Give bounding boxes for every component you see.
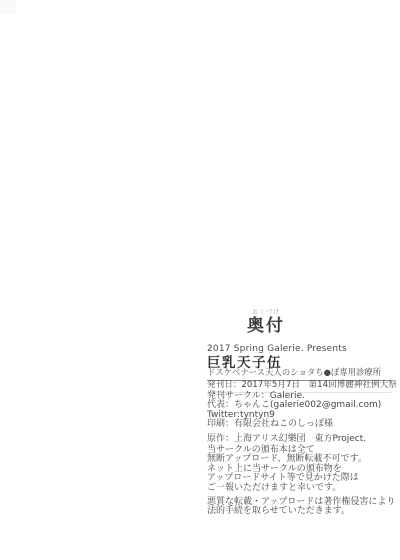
original-work-line: 原作：上海アリス幻樂団 東方Project. xyxy=(207,431,366,444)
credit-line-printer: 印刷：有限会社ねこのしっぽ様 xyxy=(207,420,381,429)
upload-notice-paragraph: 当サークルの頒布本は全て 無断アップロード、無断転載不可です。 ネット上に当サー… xyxy=(207,446,367,493)
credits-block: 発刊サークル：Galerie. 代表：ちゃんこ(galerie002@gmail… xyxy=(207,392,381,429)
scan-artifact-square xyxy=(0,0,16,14)
colophon-page: おくづけ 奥付 2017 Spring Galerie. Presents 巨乳… xyxy=(0,0,400,560)
notice-line: ご一報いただけますと幸いです。 xyxy=(207,484,367,493)
legal-line: 法的手続を取らせていただきます。 xyxy=(207,507,395,516)
colophon-heading: 奥付 xyxy=(247,317,285,336)
legal-warning-paragraph: 悪質な転載・アップロードは著作権侵害により 法的手続を取らせていただきます。 xyxy=(207,498,395,517)
colophon-heading-block: おくづけ 奥付 xyxy=(247,310,285,336)
